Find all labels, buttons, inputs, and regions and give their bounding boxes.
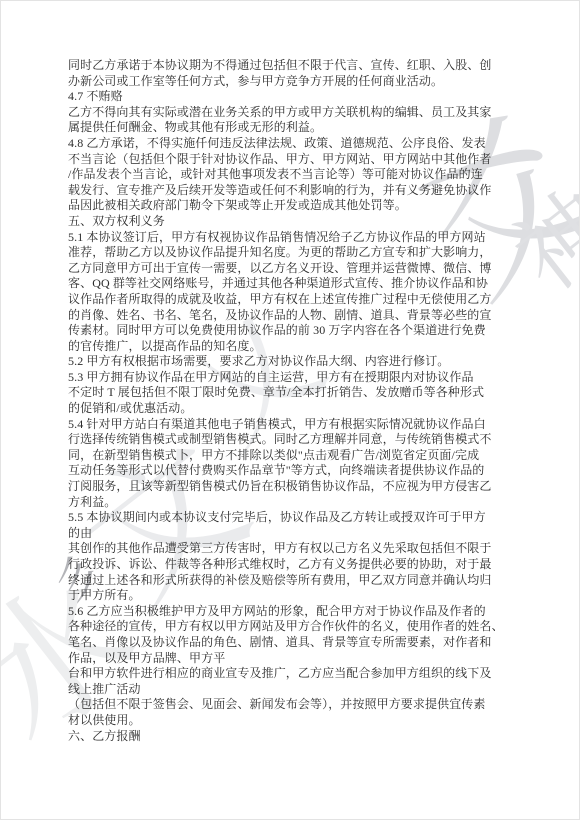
contract-line: 办新公司或工作室等任何方式，参与甲方竞争方开展的任何商业活动。: [68, 74, 520, 90]
contract-line: 5.3 甲方拥有协议作品在甲方网站的自主运营，甲方有在授期限内对协议作品: [68, 370, 520, 386]
contract-line: 5.6 乙方应当积极维护甲方及甲方网站的形象，配合甲方对于协议作品及作者的: [68, 604, 520, 620]
contract-line: 行政投诉、诉讼、件裁等各种形式维权时，乙方有义务提供必要的协助，对于最: [68, 557, 520, 573]
contract-line: 5.2 甲方有权根据市场需要，要求乙方对协议作品大纲、内容进行修订。: [68, 354, 520, 370]
contract-line: 于甲方所有。: [68, 588, 520, 604]
contract-line: 5.1 本协议签订后，甲方有权视协议作品销售情况给子乙方协议作品的甲方网站: [68, 230, 520, 246]
contract-line: 品因此被相关政府部门勒令下架或等止开发或造成其他处罚等。: [68, 198, 520, 214]
contract-line: 行选择传统销售模式或制型销售模式。同时乙方理解并同意，与传统销售模式不: [68, 432, 520, 448]
contract-line: 议作品作者所取得的成就及收益，甲方有权在上述宣传推广过程中无偿使用乙方: [68, 292, 520, 308]
contract-line: 属提供任何酬金、物或其他有形或无形的利益。: [68, 120, 520, 136]
contract-line: 六、乙方报酬: [68, 729, 520, 745]
contract-line: 5.4 针对甲方站白有渠道其他电子销售模式，甲方有根据实际情况就协议作品白: [68, 417, 520, 433]
contract-line: 方利益。: [68, 495, 520, 511]
contract-line: 乙方不得向其有实际或潜在业务关系的甲方或甲方关联机构的编辑、员工及其家: [68, 105, 520, 121]
contract-line: 不当言论（包括但个限于针对协议作品、甲方、甲方网站、甲方网站中其他作者: [68, 152, 520, 168]
contract-line: 线上推广活动: [68, 682, 520, 698]
contract-line: 台和甲方软件进行相应的商业宣专及推广，乙方应当配合参加甲方组织的线下及: [68, 666, 520, 682]
contract-line: 同，在新型销售模式卜，甲方不排除以类似"点击观看广告/浏览省定页面/完成: [68, 448, 520, 464]
contract-line: 的促销和/或优惠活动。: [68, 401, 520, 417]
contract-line: 4.8 乙方承诺，不得实施仟何违反法律法规、政策、道德规范、公序良俗、发表: [68, 136, 520, 152]
contract-line: 笔名、肖像以及协议作品的角色、剧情、道具、背景等宣专所需要素，对作者和: [68, 635, 520, 651]
contract-line: 各种途径的宣传，甲方有权以甲方网站及甲方合作伙件的名义，使用作者的姓名、: [68, 619, 520, 635]
contract-line: （包括但不限于签售会、见面会、新闻发布会等），并按照甲方要求提供宜传素: [68, 697, 520, 713]
contract-line: 客、QQ 群等社交网络账号，并通过其他各种渠道形式宣传、推介协议作品和协: [68, 276, 520, 292]
contract-body: 同时乙方承诺于本协议期为不得通过包括但不限于代言、宣传、红职、入股、创办新公司或…: [68, 58, 520, 744]
contract-line: 传素材。同时甲方可以免费使用协议作品的前 30 万字内容在各个渠道进行免费: [68, 323, 520, 339]
contract-line: /作品发表个当言论，或针对其他事项发表不当言论等）等可能对协议作品的连: [68, 167, 520, 183]
contract-line: 4.7 不贿赂: [68, 89, 520, 105]
contract-line: 的官传推广，以提高作品的知名度。: [68, 339, 520, 355]
contract-line: 作品，以及甲方品牌、甲方平: [68, 651, 520, 667]
contract-line: 终通过上述各和形式所获得的补偿及赔偿等所有费用，甲乙双方同意并确认均归: [68, 573, 520, 589]
contract-page: 爻神乂文彡水 同时乙方承诺于本协议期为不得通过包括但不限于代言、宣传、红职、入股…: [0, 0, 580, 820]
contract-line: 5.5 本协议期间内或本协议支付完毕后，协议作品及乙方转让或授双许可于甲方: [68, 510, 520, 526]
contract-line: 其创作的其他作品遭受第三方传害时，甲方有权以己方名义先采取包括但不限于: [68, 541, 520, 557]
contract-line: 不定时 T 展包括但不限丁限时免费、章节/全本打折销告、发放赠币等各种形式: [68, 385, 520, 401]
contract-line: 汀阅服务，且该等新型销售模式仍旨在积极销售协议作品，不应视为甲方侵害乙: [68, 479, 520, 495]
contract-line: 的由: [68, 526, 520, 542]
contract-line: 五、双方权利义务: [68, 214, 520, 230]
contract-line: 材以供使用。: [68, 713, 520, 729]
contract-line: 载发行、宣专推产及后续开发等造或任何不利影响的行为，并有义务避免协议作: [68, 183, 520, 199]
contract-line: 准荐，帮助乙方以及协议作品提升知名度。为更的帮助乙方宣专和扩大影响力，: [68, 245, 520, 261]
contract-line: 乙方同意甲方可出于宣传一需要，以乙方名义开设、管理并运营微博、微信、博: [68, 261, 520, 277]
contract-line: 互动任务等形式以代替付费购买作品章节"等方式，向终端读者提供协议作品的: [68, 463, 520, 479]
contract-line: 同时乙方承诺于本协议期为不得通过包括但不限于代言、宣传、红职、入股、创: [68, 58, 520, 74]
contract-line: 的肖像、姓名、书名、笔名，及协议作品的人物、剧情、道具、背景等必些的宣: [68, 308, 520, 324]
